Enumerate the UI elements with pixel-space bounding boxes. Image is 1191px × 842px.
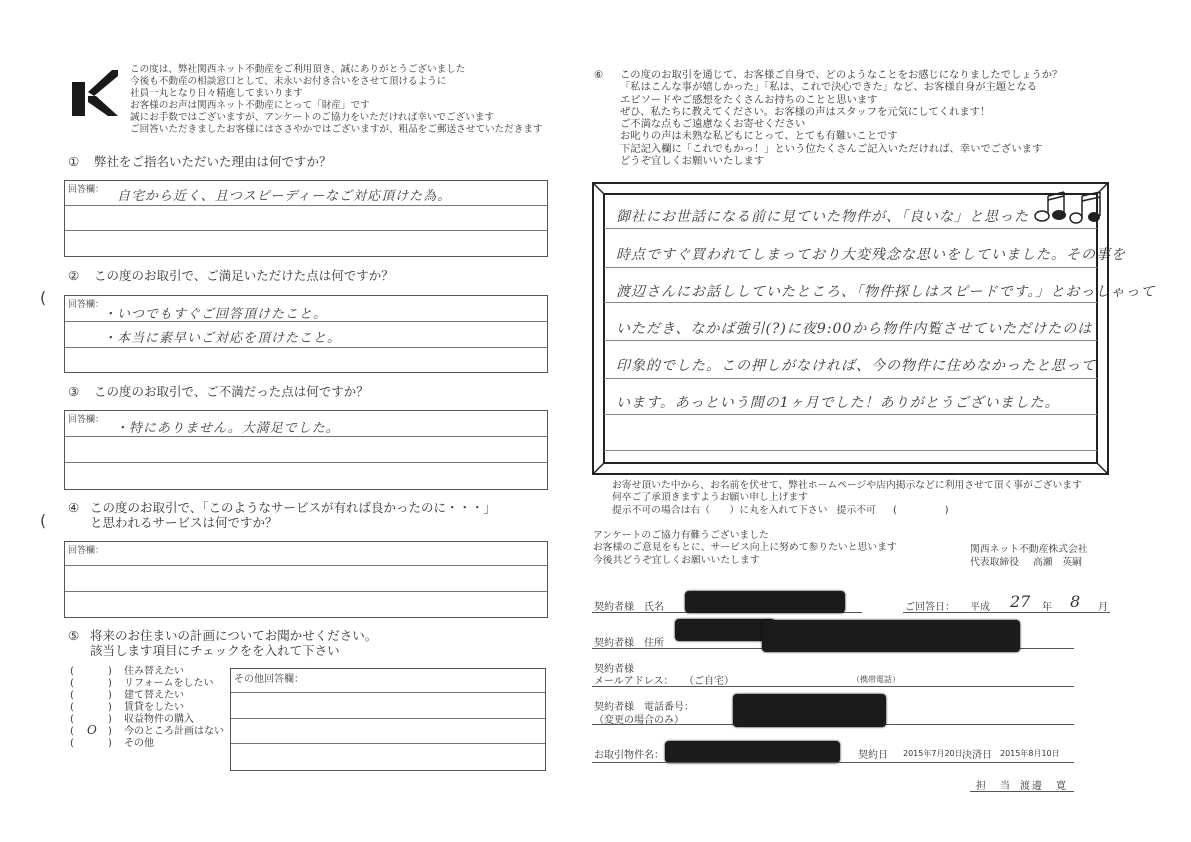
question-number: ⑤ — [68, 628, 90, 643]
question-text-line: お叱りの声は未熟な私どもにとって、とても有難いことです — [594, 130, 1062, 142]
ruled-line — [604, 378, 1097, 379]
ruled-line — [604, 302, 1097, 303]
notice-line: お寄せ頂いた中から、お名前を伏せて、弊社ホームページや店内掲示などに利用させて頂… — [612, 480, 1082, 492]
question-text-line: ご不満な点もご遠慮なくお寄せください — [594, 118, 1062, 130]
answer-row[interactable] — [65, 348, 547, 372]
question-text-line: 将来のお住まいの計画についてお聞かせください。 — [90, 628, 377, 643]
name-field-redacted[interactable] — [685, 591, 845, 613]
other-answer-box[interactable]: その他回答欄： — [230, 668, 546, 771]
handwritten-answer: ・本当に素早いご対応を頂けたこと。 — [103, 327, 341, 346]
question-text-line: 「私はこんな事が嬉しかった」「私は、これで決心できた」など、お客様自身が主題とな… — [594, 81, 1062, 93]
ruled-line — [604, 414, 1097, 415]
answer-year[interactable]: 27 — [1010, 592, 1030, 611]
intro-line: 誠にお手数ではございますが、アンケートのご協力をいただければ幸いでございます — [130, 112, 543, 124]
question-text-line: どうぞ宜しくお願いいたします — [594, 155, 1062, 167]
handwritten-comment-line: 印象的でした。この押しがなければ、今の物件に住めなかったと思って — [616, 355, 1096, 375]
company-logo-icon — [72, 70, 118, 116]
question-5: ⑤将来のお住まいの計画についてお聞かせください。 該当します項目にチェックをを入… — [68, 628, 377, 658]
answer-row[interactable]: 回答欄： ・特にありません。大満足でした。 — [65, 411, 547, 437]
property-field-redacted[interactable] — [665, 741, 840, 763]
email-underline[interactable] — [592, 686, 1074, 687]
question-number: ① — [68, 154, 90, 169]
question-number: ③ — [68, 384, 90, 399]
handwritten-answer: 自宅から近く、且つスピーディーなご対応頂けた為。 — [117, 185, 451, 204]
answer-label: 回答欄： — [68, 412, 104, 425]
phone-field-redacted[interactable] — [733, 694, 886, 727]
email-mobile-label: （携帯電話） — [852, 674, 900, 685]
name-label: 契約者様 氏名 — [594, 598, 664, 613]
date-underline — [903, 612, 1110, 613]
answer-row[interactable] — [65, 592, 547, 617]
option-label: 建て替えたい — [124, 690, 184, 702]
question-1: ① 弊社をご指名いただいた理由は何ですか？ — [68, 154, 332, 169]
answer-row[interactable]: ・本当に素早いご対応を頂けたこと。 — [65, 322, 547, 348]
question-text-line: この度のお取引を通じて、お客様ご自身で、どのようなことをお感じになりましたでしょ… — [620, 69, 1062, 81]
settlement-date-value: 2015年8月10日 — [1000, 748, 1060, 759]
handwritten-comment-line: 時点ですぐ買われてしまっており大変残念な思いをしていました。その事を — [616, 244, 1126, 264]
question-6: ⑥この度のお取引を通じて、お客様ご自身で、どのようなことをお感じになりましたでし… — [594, 69, 1062, 167]
option-label: 住み替えたい — [124, 666, 184, 678]
email-label-2: メールアドレス： — [594, 672, 674, 687]
staff-label: 担 当 — [976, 777, 1012, 792]
intro-text: この度は、弊社関西ネット不動産をご利用頂き、誠にありがとうございました 今後も不… — [130, 64, 543, 137]
answer-box-2[interactable]: 回答欄： ・いつでもすぐご回答頂けたこと。 ・本当に素早いご対応を頂けたこと。 — [64, 295, 548, 373]
option-label: その他 — [124, 738, 154, 750]
staff-name: 渡邊 寛 — [1020, 777, 1068, 792]
answer-row[interactable] — [65, 206, 547, 231]
answer-row[interactable] — [65, 437, 547, 463]
rep-name: 高瀬 英嗣 — [1033, 557, 1082, 568]
era-label: 平成 — [970, 598, 990, 613]
publication-notice: お寄せ頂いた中から、お名前を伏せて、弊社ホームページや店内掲示などに利用させて頂… — [612, 480, 1082, 517]
thanks-line: お客様のご意見をもとに、サービス向上に努めて参りたいと思います — [593, 542, 897, 554]
question-text: 弊社をご指名いただいた理由は何ですか？ — [94, 154, 332, 169]
address-field-redacted[interactable] — [762, 620, 1020, 652]
option-label: 今のところ計画はない — [124, 726, 224, 738]
handwritten-answer: ・いつでもすぐご回答頂けたこと。 — [103, 303, 327, 322]
address-label: 契約者様 住所 — [594, 634, 664, 649]
margin-mark: ( — [40, 511, 46, 530]
music-notes-icon — [1030, 186, 1108, 226]
rep-title: 代表取締役 — [970, 557, 1019, 568]
answer-row[interactable] — [231, 744, 545, 769]
question-text-line: ぜひ、私たちに教えてください。お客様の声はスタッフを元気にしてくれます！ — [594, 106, 1062, 118]
answer-row[interactable]: 回答欄： — [65, 542, 547, 566]
settlement-date-label: 決済日 — [962, 746, 992, 761]
opt-out-instruction: 提示不可の場合は右（ ）に丸を入れて下さい — [612, 505, 828, 516]
ruled-line — [604, 228, 1097, 229]
answer-month[interactable]: 8 — [1070, 592, 1080, 611]
other-answer-label: その他回答欄： — [234, 670, 304, 685]
answer-row[interactable]: 回答欄： 自宅から近く、且つスピーディーなご対応頂けた為。 — [65, 181, 547, 206]
answer-row[interactable] — [65, 463, 547, 489]
intro-line: ご回答いただきましたお客様にはささやかではございますが、粗品をご郵送させていただ… — [130, 124, 543, 136]
staff-underline — [970, 791, 1074, 792]
company-signature: 関西ネット不動産株式会社 代表取締役高瀬 英嗣 — [970, 544, 1088, 570]
question-text-line: この度のお取引で、「このようなサービスが有れば良かったのに・・・」 — [90, 500, 496, 515]
handwritten-comment-line: います。あっという間の1ヶ月でした！ありがとうございました。 — [616, 392, 1060, 412]
answer-label: 回答欄： — [68, 182, 104, 195]
thanks-message: アンケートのご協力有難うございました お客様のご意見をもとに、サービス向上に努め… — [593, 530, 897, 567]
question-4: ④この度のお取引で、「このようなサービスが有れば良かったのに・・・」 と思われる… — [68, 500, 496, 530]
answer-row[interactable] — [231, 693, 545, 719]
email-home-label: （ご自宅） — [684, 672, 734, 687]
answer-row[interactable] — [231, 719, 545, 744]
question-text-line: 下記記入欄に「これでもかっ！」という位たくさんご記入いただければ、幸いでございま… — [594, 143, 1062, 155]
answer-label: 回答欄： — [68, 543, 104, 556]
answer-label: 回答欄： — [68, 297, 104, 310]
question-2: ② この度のお取引で、ご満足いただけた点は何ですか？ — [68, 268, 394, 283]
question-text-line: エピソードやご感想をたくさんお持ちのことと思います — [594, 94, 1062, 106]
opt-out-label: 提示不可 — [837, 505, 876, 516]
answer-box-3[interactable]: 回答欄： ・特にありません。大満足でした。 — [64, 410, 548, 490]
option-label: 収益物件の購入 — [124, 714, 194, 726]
question-text-line: と思われるサービスは何ですか？ — [68, 515, 496, 530]
answer-box-1[interactable]: 回答欄： 自宅から近く、且つスピーディーなご対応頂けた為。 — [64, 180, 548, 257]
answer-row[interactable] — [65, 231, 547, 255]
answer-date-label: ご回答日： — [905, 598, 955, 613]
year-unit: 年 — [1042, 598, 1052, 613]
ruled-line — [604, 340, 1097, 341]
ruled-line — [604, 267, 1097, 268]
property-label: お取引物件名： — [594, 746, 664, 761]
answer-row[interactable] — [65, 566, 547, 592]
thanks-line: 今後共どうぞ宜しくお願いいたします — [593, 555, 897, 567]
property-underline — [592, 762, 1074, 763]
answer-row[interactable]: その他回答欄： — [231, 669, 545, 693]
question-number: ② — [68, 268, 90, 283]
intro-line: 社員一丸となり日々精進してまいります — [130, 88, 543, 100]
option-label: リフォームをしたい — [124, 678, 214, 690]
contract-date-value: 2015年7月20日 — [903, 748, 963, 759]
handwritten-comment-line: 渡辺さんにお話ししていたところ、「物件探しはスピードです。」とおっしゃって — [616, 281, 1155, 301]
contract-date-label: 契約日 — [858, 746, 888, 761]
question-number: ⑥ — [594, 69, 620, 81]
notice-line: 何卒ご了承頂きますようお願い申し上げます — [612, 492, 1082, 504]
opt-out-field[interactable]: () — [893, 505, 949, 516]
answer-box-4[interactable]: 回答欄： — [64, 541, 548, 618]
ruled-line — [604, 450, 1097, 451]
handwritten-comment-line: いただき、なかば強引(?)に夜9:00から物件内覧させていただけたのは — [616, 318, 1092, 338]
handwritten-comment-line: 御社にお世話になる前に見ていた物件が、「良いな」と思った — [616, 206, 1029, 226]
option-label: 賃貸をしたい — [124, 702, 184, 714]
question-number: ④ — [68, 500, 90, 515]
check-mark: O — [87, 724, 97, 736]
intro-line: 今後も不動産の相談窓口として、末永いお付き合いをさせて頂けるように — [130, 76, 543, 88]
answer-row[interactable]: 回答欄： ・いつでもすぐご回答頂けたこと。 — [65, 296, 547, 322]
question-text: この度のお取引で、ご不満だった点は何ですか？ — [94, 384, 369, 399]
handwritten-answer: ・特にありません。大満足でした。 — [115, 417, 340, 436]
question-text: この度のお取引で、ご満足いただけた点は何ですか？ — [94, 268, 394, 283]
intro-line: お客様のお声は関西ネット不動産にとって「財産」です — [130, 100, 543, 112]
address-field-redacted[interactable] — [675, 619, 775, 641]
month-unit: 月 — [1098, 598, 1108, 613]
company-name: 関西ネット不動産株式会社 — [970, 544, 1088, 557]
margin-mark: ( — [40, 288, 46, 307]
intro-line: この度は、弊社関西ネット不動産をご利用頂き、誠にありがとうございました — [130, 64, 543, 76]
question-3: ③ この度のお取引で、ご不満だった点は何ですか？ — [68, 384, 369, 399]
thanks-line: アンケートのご協力有難うございました — [593, 530, 897, 542]
question-text-line: 該当します項目にチェックをを入れて下さい — [68, 643, 377, 658]
